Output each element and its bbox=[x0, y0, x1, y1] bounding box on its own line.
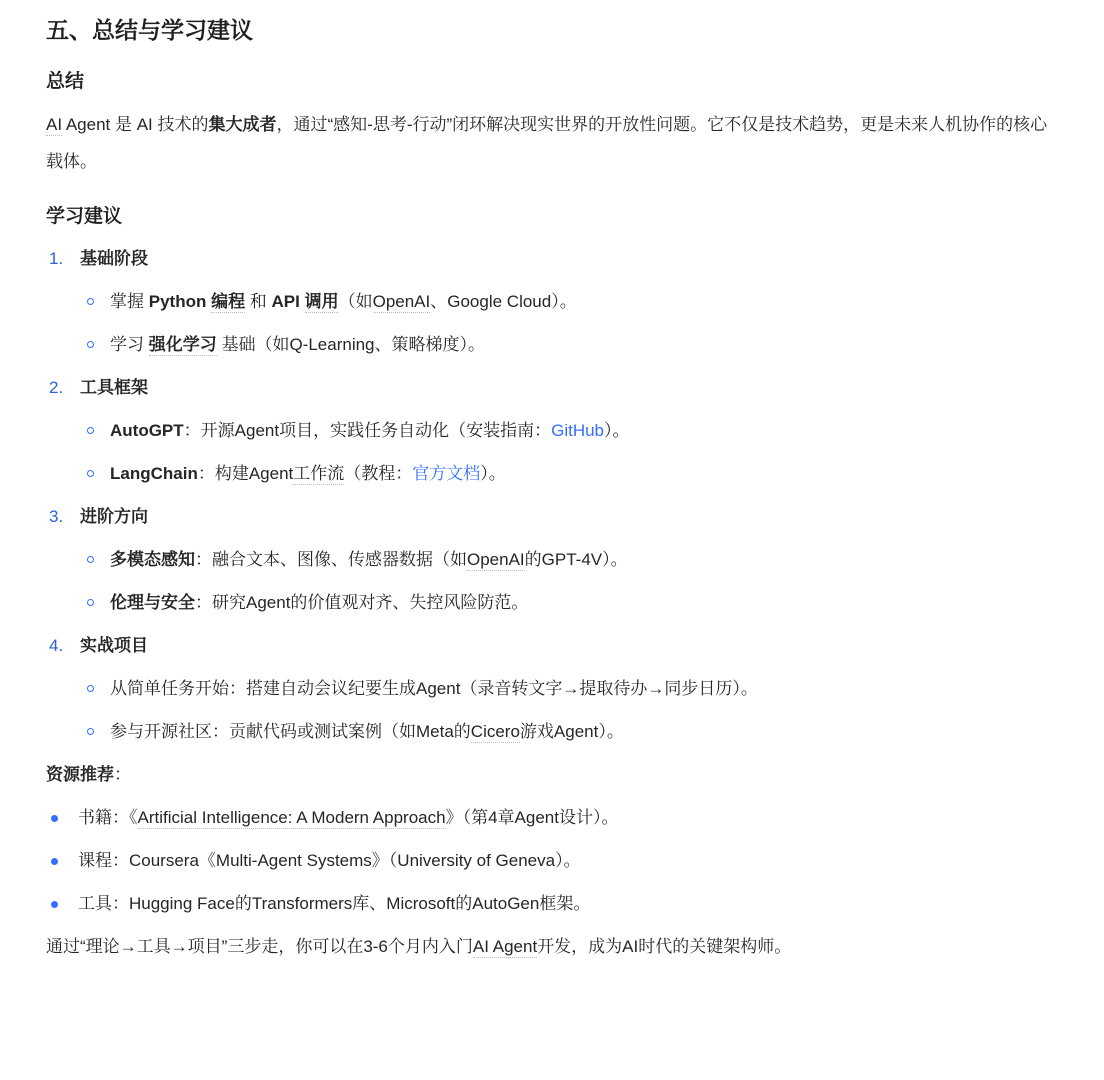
text: ：融合文本、图像、传感器数据（如 bbox=[195, 550, 467, 569]
text: 参与开源社区：贡献代码或测试案例（如Meta的 bbox=[110, 722, 471, 741]
text: ：开源Agent项目，实践任务自动化（安装指南： bbox=[184, 421, 551, 440]
text: 基础（如Q-Learning、策略梯度）。 bbox=[217, 335, 485, 354]
disc-bullet-icon bbox=[51, 858, 58, 865]
bold-text: LangChain bbox=[110, 464, 198, 483]
text: 书籍：《 bbox=[78, 808, 138, 827]
resources-label: 资源推荐： bbox=[46, 762, 1064, 788]
text: Artificial Intelligence: A Modern Approa… bbox=[138, 808, 446, 829]
text: 学习 bbox=[110, 335, 149, 354]
sub-item-langchain: LangChain：构建Agent工作流（教程：官方文档）。 bbox=[46, 461, 1064, 487]
bold-text: 集大成者 bbox=[209, 115, 277, 134]
bold-text: 资源推荐 bbox=[46, 765, 114, 784]
text: OpenAI bbox=[467, 550, 525, 571]
text: 游戏Agent）。 bbox=[520, 722, 624, 741]
sub-item-ethics: 伦理与安全：研究Agent的价值观对齐、失控风险防范。 bbox=[46, 590, 1064, 616]
sub-item-rl: 学习 强化学习 基础（如Q-Learning、策略梯度）。 bbox=[46, 332, 1064, 358]
hollow-circle-bullet-icon bbox=[87, 298, 94, 305]
hollow-circle-bullet-icon bbox=[87, 556, 94, 563]
text: 的GPT-4V）。 bbox=[525, 550, 628, 569]
sub-item-meeting-agent: 从简单任务开始：搭建自动会议纪要生成Agent（录音转文字→提取待办→同步日历）… bbox=[46, 676, 1064, 702]
bold-text: 调用 bbox=[305, 292, 339, 313]
text: 通过“理论→工具→项目”三步走，你可以在3-6个月内入门 bbox=[46, 937, 473, 956]
disc-bullet-icon bbox=[51, 815, 58, 822]
sub-item-multimodal: 多模态感知：融合文本、图像、传感器数据（如OpenAI的GPT-4V）。 bbox=[46, 547, 1064, 573]
document-blocks: 五、总结与学习建议总结AI Agent 是 AI 技术的集大成者，通过“感知-思… bbox=[46, 15, 1064, 960]
document: 五、总结与学习建议总结AI Agent 是 AI 技术的集大成者，通过“感知-思… bbox=[0, 0, 1104, 960]
text: AI Agent bbox=[473, 937, 537, 958]
bold-text: 编程 bbox=[211, 292, 245, 313]
text: 、Google Cloud）。 bbox=[430, 292, 576, 311]
sub-item-python-api: 掌握 Python 编程 和 API 调用（如OpenAI、Google Clo… bbox=[46, 289, 1064, 315]
hollow-circle-bullet-icon bbox=[87, 685, 94, 692]
text: ：构建Agent bbox=[198, 464, 293, 483]
text: AI bbox=[46, 115, 62, 136]
bullet-tools: 工具：Hugging Face的Transformers库、Microsoft的… bbox=[46, 891, 1064, 917]
text: 从简单任务开始：搭建自动会议纪要生成Agent（录音转文字→提取待办→同步日历）… bbox=[110, 679, 758, 698]
text: （教程： bbox=[344, 464, 412, 483]
hollow-circle-bullet-icon bbox=[87, 341, 94, 348]
bullet-courses: 课程：Coursera《Multi-Agent Systems》（Univers… bbox=[46, 848, 1064, 874]
bold-text: 伦理与安全 bbox=[110, 593, 195, 612]
ordered-item-practice: 4.实战项目 bbox=[46, 633, 1064, 659]
sub-item-open-source: 参与开源社区：贡献代码或测试案例（如Meta的Cicero游戏Agent）。 bbox=[46, 719, 1064, 745]
bold-text: AutoGPT bbox=[110, 421, 184, 440]
hollow-circle-bullet-icon bbox=[87, 427, 94, 434]
ordered-item-advanced: 3.进阶方向 bbox=[46, 504, 1064, 530]
text: 掌握 bbox=[110, 292, 149, 311]
list-number: 2. bbox=[46, 375, 80, 401]
list-number: 1. bbox=[46, 246, 80, 272]
list-number: 3. bbox=[46, 504, 80, 530]
ordered-item-foundation: 1.基础阶段 bbox=[46, 246, 1064, 272]
text: Agent 是 AI 技术的 bbox=[62, 115, 208, 134]
github-link[interactable]: GitHub bbox=[551, 421, 604, 440]
text: 和 bbox=[245, 292, 271, 311]
hollow-circle-bullet-icon bbox=[87, 728, 94, 735]
text: 工具：Hugging Face的Transformers库、Microsoft的… bbox=[78, 894, 590, 913]
text: ）。 bbox=[480, 464, 506, 483]
text: ）。 bbox=[604, 421, 630, 440]
bold-text: 多模态感知 bbox=[110, 550, 195, 569]
closing-paragraph: 通过“理论→工具→项目”三步走，你可以在3-6个月内入门AI Agent开发，成… bbox=[46, 934, 1064, 960]
heading-advice: 学习建议 bbox=[46, 204, 1064, 229]
bold-text: 工具框架 bbox=[80, 378, 148, 397]
bold-text: 进阶方向 bbox=[80, 507, 148, 526]
text: 》（第4章Agent设计）。 bbox=[446, 808, 619, 827]
official-docs-link[interactable]: 官方文档 bbox=[412, 464, 480, 483]
bold-text: API bbox=[272, 292, 305, 311]
ordered-item-tools: 2.工具框架 bbox=[46, 375, 1064, 401]
hollow-circle-bullet-icon bbox=[87, 599, 94, 606]
text: （如 bbox=[339, 292, 373, 311]
bold-text: 基础阶段 bbox=[80, 249, 148, 268]
hollow-circle-bullet-icon bbox=[87, 470, 94, 477]
text: 五、总结与学习建议 bbox=[46, 17, 253, 43]
list-number: 4. bbox=[46, 633, 80, 659]
bullet-books: 书籍：《Artificial Intelligence: A Modern Ap… bbox=[46, 805, 1064, 831]
text: ： bbox=[114, 765, 131, 784]
text: 开发，成为AI时代的关键架构师。 bbox=[537, 937, 791, 956]
bold-text: Python bbox=[149, 292, 211, 311]
disc-bullet-icon bbox=[51, 901, 58, 908]
text: 工作流 bbox=[293, 464, 344, 485]
text: OpenAI bbox=[373, 292, 431, 313]
text: 学习建议 bbox=[46, 206, 122, 227]
text: ：研究Agent的价值观对齐、失控风险防范。 bbox=[195, 593, 528, 612]
summary-paragraph: AI Agent 是 AI 技术的集大成者，通过“感知-思考-行动”闭环解决现实… bbox=[46, 106, 1064, 180]
heading-summary: 总结 bbox=[46, 69, 1064, 94]
sub-item-autogpt: AutoGPT：开源Agent项目，实践任务自动化（安装指南：GitHub）。 bbox=[46, 418, 1064, 444]
text: Cicero bbox=[471, 722, 520, 743]
section-title: 五、总结与学习建议 bbox=[46, 15, 1064, 45]
text: 课程：Coursera《Multi-Agent Systems》（Univers… bbox=[78, 851, 581, 870]
text: 总结 bbox=[46, 71, 84, 92]
bold-text: 强化学习 bbox=[149, 335, 217, 356]
bold-text: 实战项目 bbox=[80, 636, 148, 655]
